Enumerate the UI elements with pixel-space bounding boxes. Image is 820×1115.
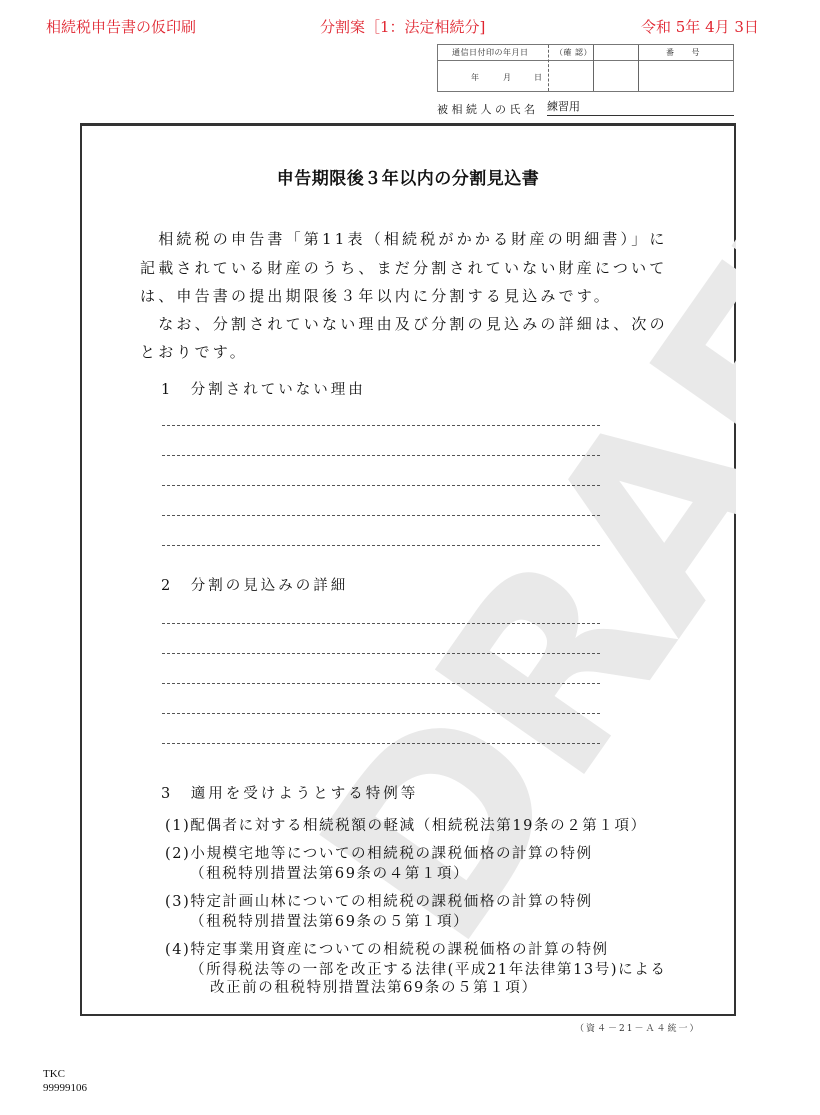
intro-line: とおりです。 xyxy=(140,341,680,362)
detail-input-line-3[interactable] xyxy=(162,683,600,684)
footer-code: 99999106 xyxy=(43,1082,87,1094)
provision-2-citation: （租税特別措置法第69条の４第１項） xyxy=(190,862,469,883)
intro-line: なお、分割されていない理由及び分割の見込みの詳細は、次の xyxy=(140,313,680,334)
print-type-label: 相続税申告書の仮印刷 xyxy=(46,16,196,37)
reason-input-line-5[interactable] xyxy=(162,545,600,546)
stamp-header-divider xyxy=(438,60,733,61)
section-1-heading: 1 分割されていない理由 xyxy=(161,378,366,399)
section-3-heading: 3 適用を受けようとする特例等 xyxy=(161,782,418,803)
stamp-divider-dashed xyxy=(548,45,549,91)
provision-text: 特定事業用資産についての相続税の課税価格の計算の特例 xyxy=(190,942,608,958)
provision-4: (4)特定事業用資産についての相続税の課税価格の計算の特例 xyxy=(165,938,609,959)
provision-text: 特定計画山林についての相続税の課税価格の計算の特例 xyxy=(190,894,592,910)
intro-line: 相続税の申告書「第11表（相続税がかかる財産の明細書）」に xyxy=(140,228,680,249)
stamp-month-label: 月 xyxy=(503,72,512,83)
provision-text: 配偶者に対する相続税額の軽減（相続税法第19条の２第１項） xyxy=(190,818,646,834)
print-date: 令和 5年 4月 3日 xyxy=(641,16,759,37)
stamp-table: 通信日付印の年月日 （確 認） 番 号 年 月 日 xyxy=(437,44,734,92)
reason-input-line-2[interactable] xyxy=(162,455,600,456)
provision-3-citation: （租税特別措置法第69条の５第１項） xyxy=(190,910,469,931)
form-code: （資４－21－Ａ４統一） xyxy=(575,1021,700,1034)
form-title: 申告期限後３年以内の分割見込書 xyxy=(80,164,736,189)
intro-line: 記載されている財産のうち、まだ分割されていない財産について xyxy=(140,257,680,278)
detail-input-line-2[interactable] xyxy=(162,653,600,654)
division-plan-label: 分割案［1：法定相続分] xyxy=(320,16,485,37)
section-2-heading: 2 分割の見込みの詳細 xyxy=(161,574,348,595)
provision-2: (2)小規模宅地等についての相続税の課税価格の計算の特例 xyxy=(165,842,593,863)
provision-number: (3) xyxy=(165,894,190,910)
provision-text: 小規模宅地等についての相続税の課税価格の計算の特例 xyxy=(190,846,592,862)
intro-line: は、申告書の提出期限後３年以内に分割する見込みです。 xyxy=(140,285,680,306)
footer-company: TKC xyxy=(43,1068,65,1080)
stamp-divider xyxy=(593,45,594,91)
stamp-col-date-header: 通信日付印の年月日 xyxy=(452,47,529,58)
stamp-day-label: 日 xyxy=(534,72,543,83)
stamp-year-label: 年 xyxy=(471,72,480,83)
detail-input-line-1[interactable] xyxy=(162,623,600,624)
reason-input-line-4[interactable] xyxy=(162,515,600,516)
detail-input-line-5[interactable] xyxy=(162,743,600,744)
provision-4-citation-cont: 改正前の租税特別措置法第69条の５第１項） xyxy=(210,976,538,997)
document-page: 相続税申告書の仮印刷 分割案［1：法定相続分] 令和 5年 4月 3日 通信日付… xyxy=(0,0,820,1115)
stamp-col-confirm-header: （確 認） xyxy=(555,47,592,58)
reason-input-line-1[interactable] xyxy=(162,425,600,426)
decedent-name-field[interactable]: 練習用 xyxy=(547,100,734,116)
provision-3: (3)特定計画山林についての相続税の課税価格の計算の特例 xyxy=(165,890,593,911)
detail-input-line-4[interactable] xyxy=(162,713,600,714)
reason-input-line-3[interactable] xyxy=(162,485,600,486)
provision-number: (4) xyxy=(165,942,190,958)
stamp-col-number-header: 番 号 xyxy=(666,47,700,58)
provision-number: (2) xyxy=(165,846,190,862)
decedent-name-label: 被相続人の氏名 xyxy=(437,101,539,117)
provision-1: (1)配偶者に対する相続税額の軽減（相続税法第19条の２第１項） xyxy=(165,814,647,835)
stamp-divider xyxy=(638,45,639,91)
provision-number: (1) xyxy=(165,818,190,834)
